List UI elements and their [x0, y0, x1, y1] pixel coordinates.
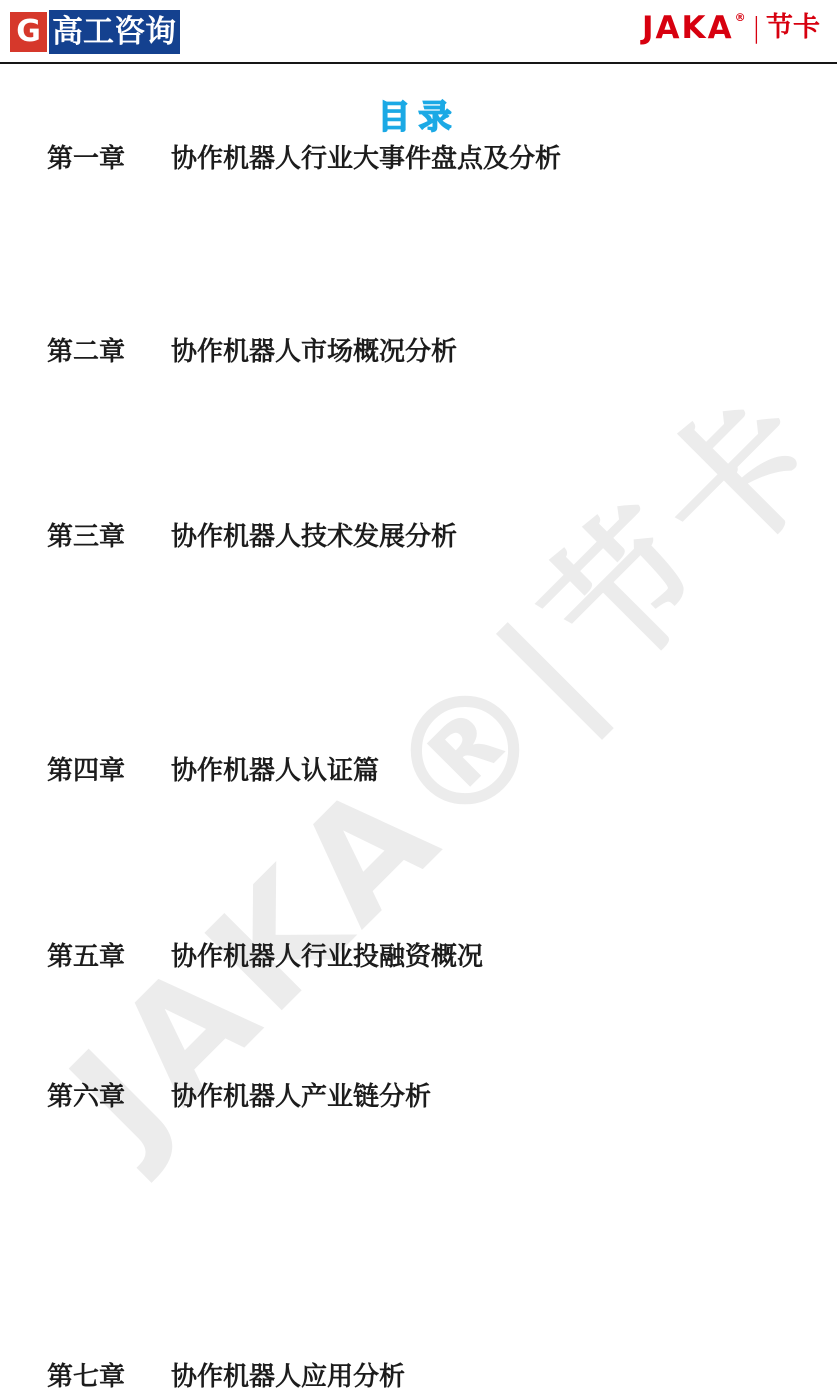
toc-entry-chapter-4: 第四章协作机器人认证篇	[47, 757, 379, 787]
toc-entry-chapter-5: 第五章协作机器人行业投融资概况	[47, 943, 483, 973]
header-divider	[0, 62, 837, 64]
chapter-number: 第四章	[47, 757, 125, 787]
toc-entry-chapter-7: 第七章协作机器人应用分析	[47, 1363, 405, 1392]
jaka-wordmark: JAKA	[642, 13, 734, 44]
logo-separator: |	[752, 13, 761, 42]
registered-trademark-icon: ®	[735, 11, 746, 24]
gaogong-logo-text: 高工咨询	[49, 10, 180, 54]
chapter-number: 第七章	[47, 1363, 125, 1392]
chapter-title: 协作机器人技术发展分析	[171, 522, 457, 552]
gaogong-logo: G 高工咨询	[8, 10, 180, 54]
chapter-title: 协作机器人行业投融资概况	[171, 942, 483, 972]
toc-entry-chapter-6: 第六章协作机器人产业链分析	[47, 1083, 431, 1113]
toc-entry-chapter-2: 第二章协作机器人市场概况分析	[47, 338, 457, 368]
chapter-title: 协作机器人行业大事件盘点及分析	[171, 144, 561, 174]
chapter-number: 第二章	[47, 338, 125, 368]
document-page: JAKA®|节卡 G 高工咨询 JAKA ® | 节卡 目录 第一章协作机器人行…	[0, 0, 837, 1392]
page-title: 目录	[0, 91, 837, 138]
chapter-title: 协作机器人应用分析	[171, 1362, 405, 1392]
chapter-title: 协作机器人市场概况分析	[171, 337, 457, 367]
chapter-title: 协作机器人认证篇	[171, 756, 379, 786]
toc-entry-chapter-1: 第一章协作机器人行业大事件盘点及分析	[47, 145, 561, 175]
jaka-logo: JAKA ® | 节卡	[642, 13, 820, 44]
jaka-cjk-text: 节卡	[766, 13, 820, 43]
chapter-number: 第一章	[47, 145, 125, 175]
chapter-number: 第五章	[47, 943, 125, 973]
toc-entry-chapter-3: 第三章协作机器人技术发展分析	[47, 523, 457, 553]
chapter-title: 协作机器人产业链分析	[171, 1082, 431, 1112]
chapter-number: 第六章	[47, 1083, 125, 1113]
chapter-number: 第三章	[47, 523, 125, 553]
gaogong-g-icon: G	[8, 10, 49, 54]
